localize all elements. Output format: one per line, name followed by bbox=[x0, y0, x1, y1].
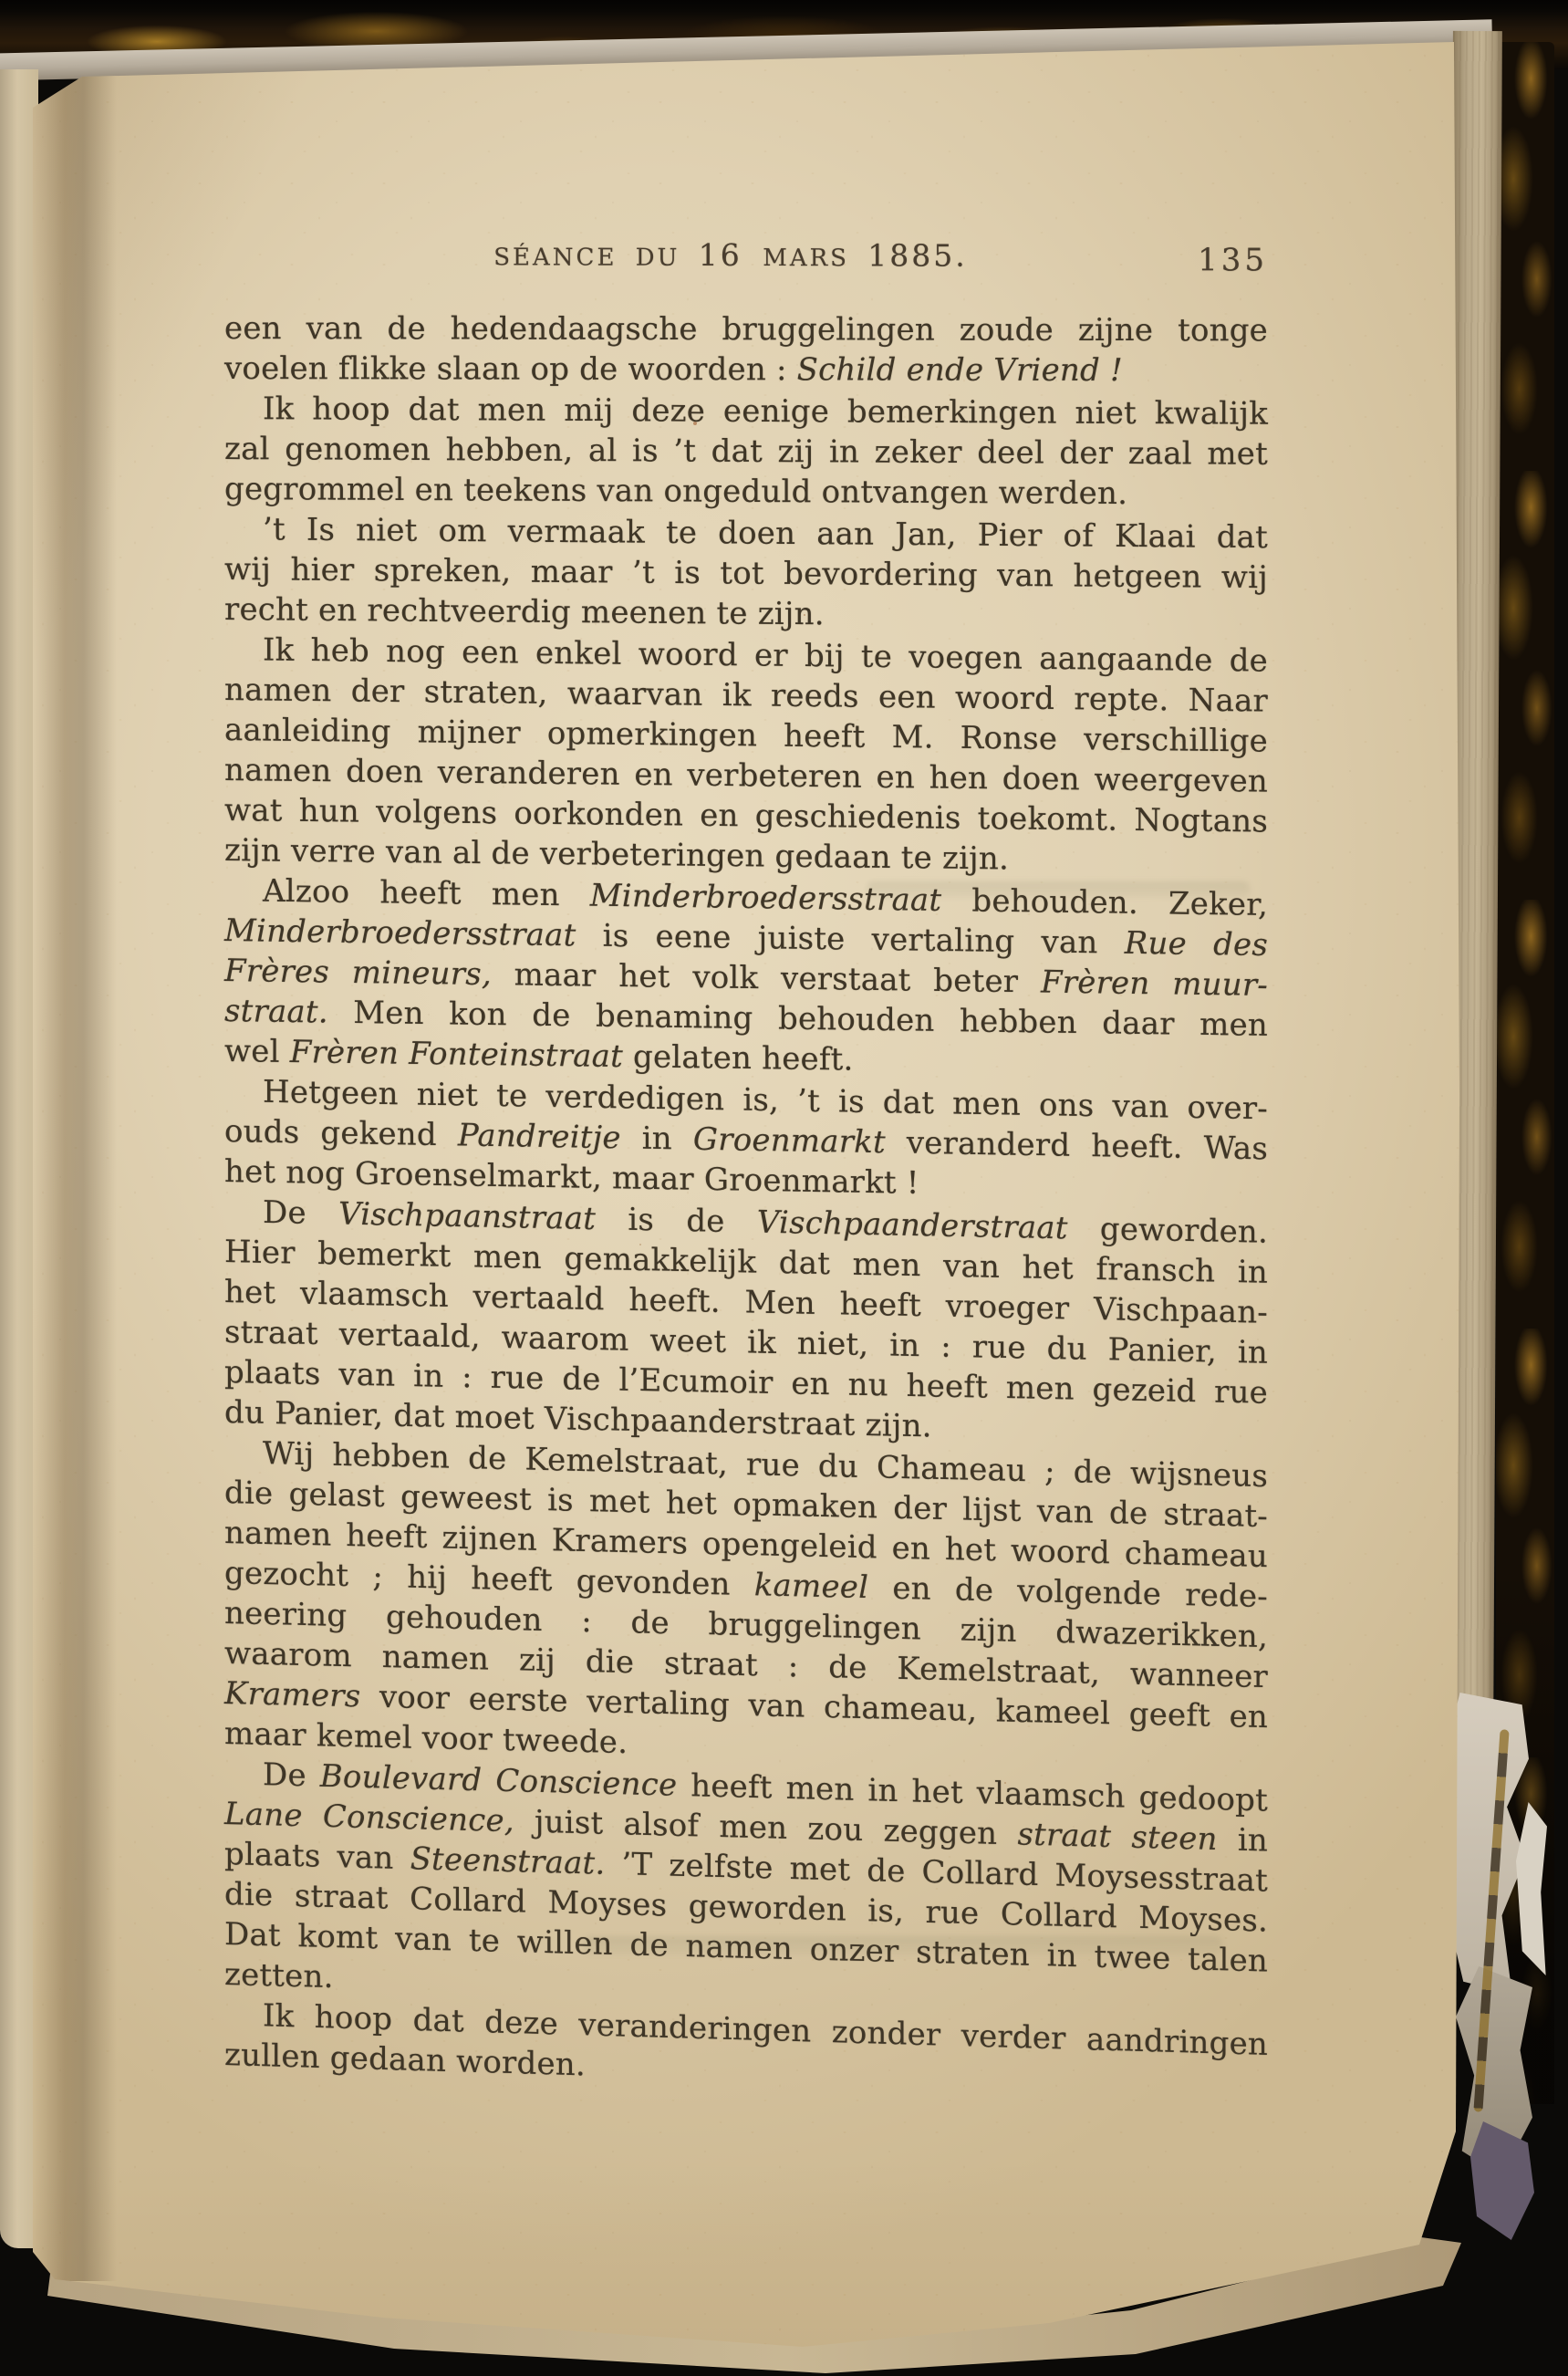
italic-text-run: Steenstraat. bbox=[410, 1840, 606, 1882]
italic-text-run: Minderbroedersstraat bbox=[590, 878, 942, 919]
text-run: in bbox=[1218, 1821, 1268, 1859]
text-run: ’t Is niet om vermaak te doen aan Jan, P… bbox=[263, 511, 1268, 556]
text-run: wij hier spreken, maar ’t is tot bevorde… bbox=[224, 551, 1268, 596]
text-run: geworden. bbox=[1068, 1210, 1268, 1250]
running-header: SÉANCE DU 16 MARS 1885. 135 bbox=[224, 234, 1268, 281]
header-title-segment: 16 bbox=[699, 237, 763, 273]
torn-paper-piece bbox=[1516, 1802, 1547, 1975]
header-title-segment: MARS bbox=[763, 245, 867, 272]
underlying-page-edge bbox=[0, 69, 38, 2248]
text-run: De bbox=[263, 1194, 338, 1233]
paragraph: De Vischpaanstraat is de Vischpaanderstr… bbox=[224, 1192, 1268, 1454]
italic-text-run: kameel bbox=[754, 1567, 868, 1606]
text-run: wel bbox=[224, 1033, 290, 1070]
italic-text-run: Frères mineurs, bbox=[224, 953, 492, 993]
gutter-fold-shadow bbox=[33, 73, 117, 2281]
paragraph: ’t Is niet om vermaak te doen aan Jan, P… bbox=[224, 509, 1268, 638]
paragraph: De Boulevard Conscience heeft men in het… bbox=[224, 1754, 1268, 2022]
text-run: zal genomen hebben, al is ’t dat zij in … bbox=[224, 431, 1268, 473]
italic-text-run: Pandreitje bbox=[458, 1117, 621, 1156]
italic-text-run: straat steen bbox=[1017, 1816, 1217, 1858]
text-run: een van de hedendaagsche bruggelingen zo… bbox=[224, 310, 1268, 349]
text-run: gelaten heeft. bbox=[623, 1038, 854, 1079]
italic-text-run: Frèren Fonteinstraat bbox=[290, 1034, 623, 1075]
text-run: Alzoo heeft men bbox=[263, 873, 590, 914]
header-title-segment: 1885. bbox=[867, 237, 967, 273]
torn-paper-piece bbox=[1470, 2121, 1534, 2240]
book-page: SÉANCE DU 16 MARS 1885. 135 een van de h… bbox=[0, 0, 1568, 2376]
text-run: maar kemel voor tweede. bbox=[224, 1715, 628, 1761]
text-run: veranderd heeft. Was bbox=[886, 1124, 1268, 1167]
paragraph: Alzoo heeft men Minderbroedersstraat beh… bbox=[224, 870, 1268, 1086]
text-line: Ik hoop dat men mij deze eenige bemerkin… bbox=[224, 389, 1268, 434]
italic-text-run: Lane Conscience, bbox=[224, 1796, 514, 1839]
italic-text-run: Rue des bbox=[1125, 925, 1268, 964]
text-run: zijn verre van al de verbeteringen gedaa… bbox=[224, 832, 1009, 877]
paragraph: een van de hedendaagsche bruggelingen zo… bbox=[224, 308, 1268, 391]
text-run: De bbox=[263, 1756, 320, 1795]
paragraph: Wij hebben de Kemelstraat, rue du Chamea… bbox=[224, 1433, 1268, 1777]
text-run: in bbox=[621, 1120, 693, 1157]
text-block: SÉANCE DU 16 MARS 1885. 135 een van de h… bbox=[224, 235, 1268, 2075]
paragraph: Hetgeen niet te verdedigen is, ’t is dat… bbox=[224, 1071, 1268, 1209]
torn-lining-paper bbox=[1439, 1693, 1563, 2249]
page-number: 135 bbox=[1198, 240, 1268, 280]
header-title-segment: SÉANCE DU bbox=[493, 244, 698, 272]
italic-text-run: Minderbroedersstraat bbox=[224, 912, 576, 954]
text-run: is eene juiste vertaling van bbox=[576, 917, 1125, 961]
text-line: gegrommel en teekens van ongeduld ontvan… bbox=[224, 469, 1268, 515]
text-run: behouden. Zeker, bbox=[941, 882, 1268, 923]
header-title: SÉANCE DU 16 MARS 1885. bbox=[224, 234, 1237, 280]
text-run: recht en rechtveerdig meenen te zijn. bbox=[224, 591, 825, 632]
text-run: plaats van bbox=[224, 1836, 410, 1877]
italic-text-run: Frèren muur- bbox=[1041, 964, 1268, 1003]
text-run: gegrommel en teekens van ongeduld ontvan… bbox=[224, 471, 1127, 512]
text-run: ouds gekend bbox=[224, 1113, 458, 1153]
italic-text-run: Groenmarkt bbox=[693, 1121, 886, 1162]
text-run: is de bbox=[596, 1201, 757, 1241]
italic-text-run: Vischpaanstraat bbox=[338, 1195, 596, 1237]
text-run: Ik hoop dat men mij deze eenige bemerkin… bbox=[263, 391, 1268, 432]
italic-text-run: Vischpaanderstraat bbox=[757, 1204, 1068, 1247]
text-run: maar het volk verstaat beter bbox=[492, 956, 1041, 1000]
paragraph: Ik heb nog een enkel woord er bij te voe… bbox=[224, 630, 1268, 882]
text-line: voelen flikke slaan op de woorden : Schi… bbox=[224, 349, 1268, 391]
text-line: zal genomen hebben, al is ’t dat zij in … bbox=[224, 429, 1268, 474]
text-run: zetten. bbox=[224, 1956, 334, 1996]
text-line: een van de hedendaagsche bruggelingen zo… bbox=[224, 308, 1268, 350]
italic-text-run: straat. bbox=[224, 993, 328, 1031]
italic-text-run: Kramers bbox=[224, 1675, 360, 1714]
page-text: een van de hedendaagsche bruggelingen zo… bbox=[224, 308, 1268, 2075]
paragraph: Ik hoop dat men mij deze eenige bemerkin… bbox=[224, 389, 1268, 515]
italic-text-run: Schild ende Vriend ! bbox=[797, 351, 1123, 389]
text-run: voelen flikke slaan op de woorden : bbox=[224, 350, 797, 388]
text-run: zullen gedaan worden. bbox=[224, 2037, 586, 2083]
